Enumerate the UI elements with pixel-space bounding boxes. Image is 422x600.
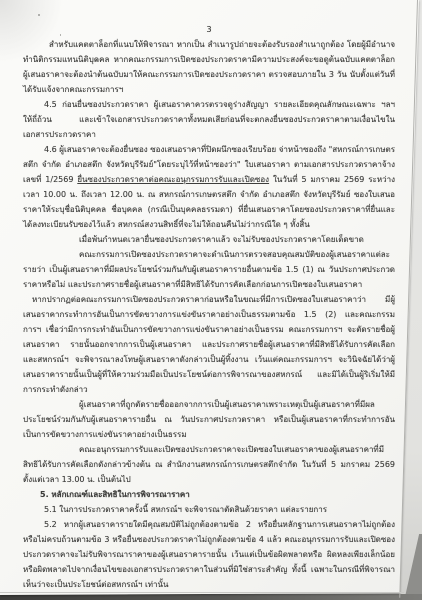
section-5-heading: 5. หลักเกณฑ์และสิทธิในการพิจารณาราคา [23,487,395,502]
scanned-page: 3 สำหรับแคตตาล็อกที่แนบให้พิจารณา หากเป็… [0,0,422,600]
paragraph-4-6-underlined: ยื่นซองประกวดราคาต่อคณะอนุกรรมการรับและเ… [77,175,269,184]
page-number: 3 [23,22,395,37]
paragraph-open-bid: คณะอนุกรรมการรับและเปิดซองประกวดราคาจะเป… [23,442,395,487]
paper-bottom-edge [0,592,404,593]
paragraph-4-6: 4.6 ผู้เสนอราคาจะต้องยื่นซอง ซองเสนอราคา… [23,142,395,232]
paragraph-5-2: 5.2 หากผู้เสนอราคารายใดมีคุณสมบัติไม่ถูก… [23,517,395,592]
paragraph-deadline: เมื่อพ้นกำหนดเวลายื่นซองประกวดราคาแล้ว จ… [23,232,395,247]
paragraph-obstruction: หากปรากฏต่อคณะกรรมการเปิดซองประกวดราคาก่… [23,292,395,397]
paragraph-committee-check: คณะกรรมการเปิดซองประกวดราคาจะดำเนินการตร… [23,247,395,292]
paragraph-catalog: สำหรับแคตตาล็อกที่แนบให้พิจารณา หากเป็น … [23,37,395,97]
paragraph-cut-list: ผู้เสนอราคาที่ถูกตัดรายชื่อออกจากการเป็น… [23,397,395,442]
paragraph-4-5: 4.5 ก่อนยื่นซองประกวดราคา ผู้เสนอราคาควร… [23,97,395,142]
scan-speck [38,14,40,16]
paragraph-5-1: 5.1 ในการประกวดราคาครั้งนี้ สหกรณ์ฯ จะพิ… [23,502,395,517]
document-body: 3 สำหรับแคตตาล็อกที่แนบให้พิจารณา หากเป็… [23,22,395,592]
